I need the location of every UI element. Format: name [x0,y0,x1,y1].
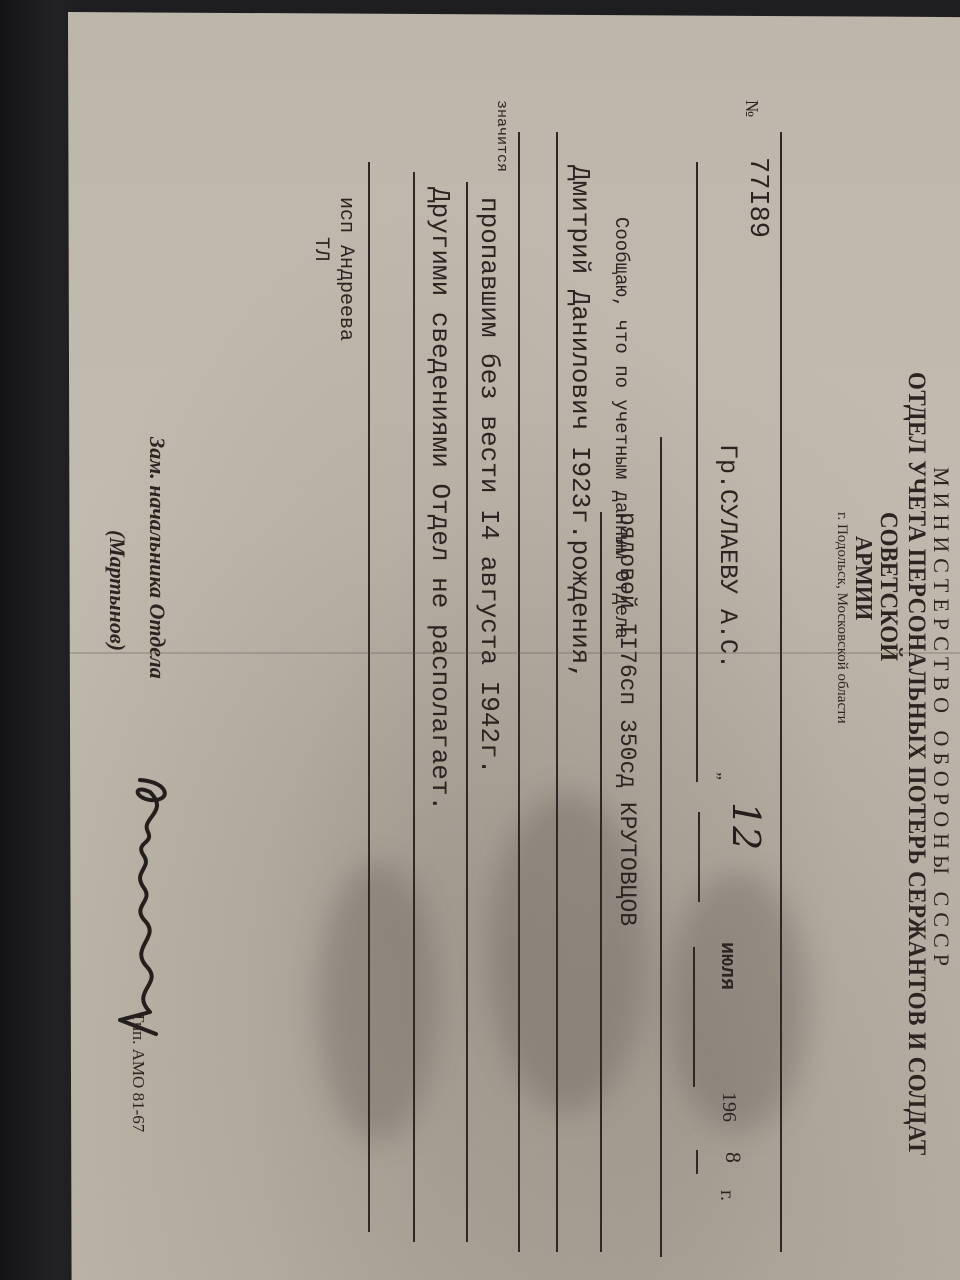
city-line: г. Подольск, Московской области [833,512,850,724]
date-open-quote: „ [714,772,735,780]
rule-status [466,182,468,1242]
rule-number [696,162,698,462]
date-day-handwritten: 12 [724,802,768,850]
paper-fold [68,652,960,654]
print-mark: Тип. АМО 81-67 [128,1012,148,1132]
rule-other [413,172,415,1242]
rule-name [556,132,558,1252]
signer-name: (Мартынов) [104,530,130,651]
photo-background: МИНИСТЕРСТВО ОБОРОНЫ СССР ОТДЕЛ УЧЕТА ПЕ… [0,0,960,1280]
rule-rank [600,512,602,1252]
document-number: 77I89 [742,157,772,238]
rule-recipient-2 [660,437,662,1257]
signer-title: Зам. начальника Отдела [144,437,170,679]
listed-label: значится [493,100,510,172]
department-heading-line2: СОВЕТСКОЙ [874,512,902,661]
message-rank-unit: рядовой II76сп 350сд КРУТОВЦОВ [614,512,640,926]
date-year-prefix: 196 [717,1092,740,1122]
rule-top [780,132,782,1252]
date-month: июля [715,942,738,990]
date-year-abbr: г. [715,1190,738,1201]
number-sign: № [741,100,762,117]
recipient: Гр.СУЛАЕВУ А.С. [713,444,742,669]
rule-year [696,1150,698,1174]
rule-bottom [368,162,370,1232]
rule-recipient [696,437,698,782]
message-name-birth: Дмитрий Данилович I923г.рождения, [565,165,595,680]
handwritten-signature [110,772,190,1072]
department-heading-line3: АРМИИ [849,536,876,620]
department-heading-line1: ОТДЕЛ УЧЕТА ПЕРСОНАЛЬНЫХ ПОТЕРЬ СЕРЖАНТО… [902,372,930,1156]
rule-day [698,812,700,902]
document-content: МИНИСТЕРСТВО ОБОРОНЫ СССР ОТДЕЛ УЧЕТА ПЕ… [68,12,960,1280]
rule-month [693,947,695,1087]
status-missing: пропавшим без вести I4 августа I942г. [474,197,504,774]
executor-initials: ТЛ [309,237,332,261]
date-year-suffix: 8 [720,1152,746,1163]
rule-blank [518,132,520,1252]
ministry-heading: МИНИСТЕРСТВО ОБОРОНЫ СССР [928,467,954,972]
other-info: Другими сведениями Отдел не располагает. [425,187,455,811]
document-paper: МИНИСТЕРСТВО ОБОРОНЫ СССР ОТДЕЛ УЧЕТА ПЕ… [68,12,960,1280]
executor-name: исп Андреева [334,197,357,341]
